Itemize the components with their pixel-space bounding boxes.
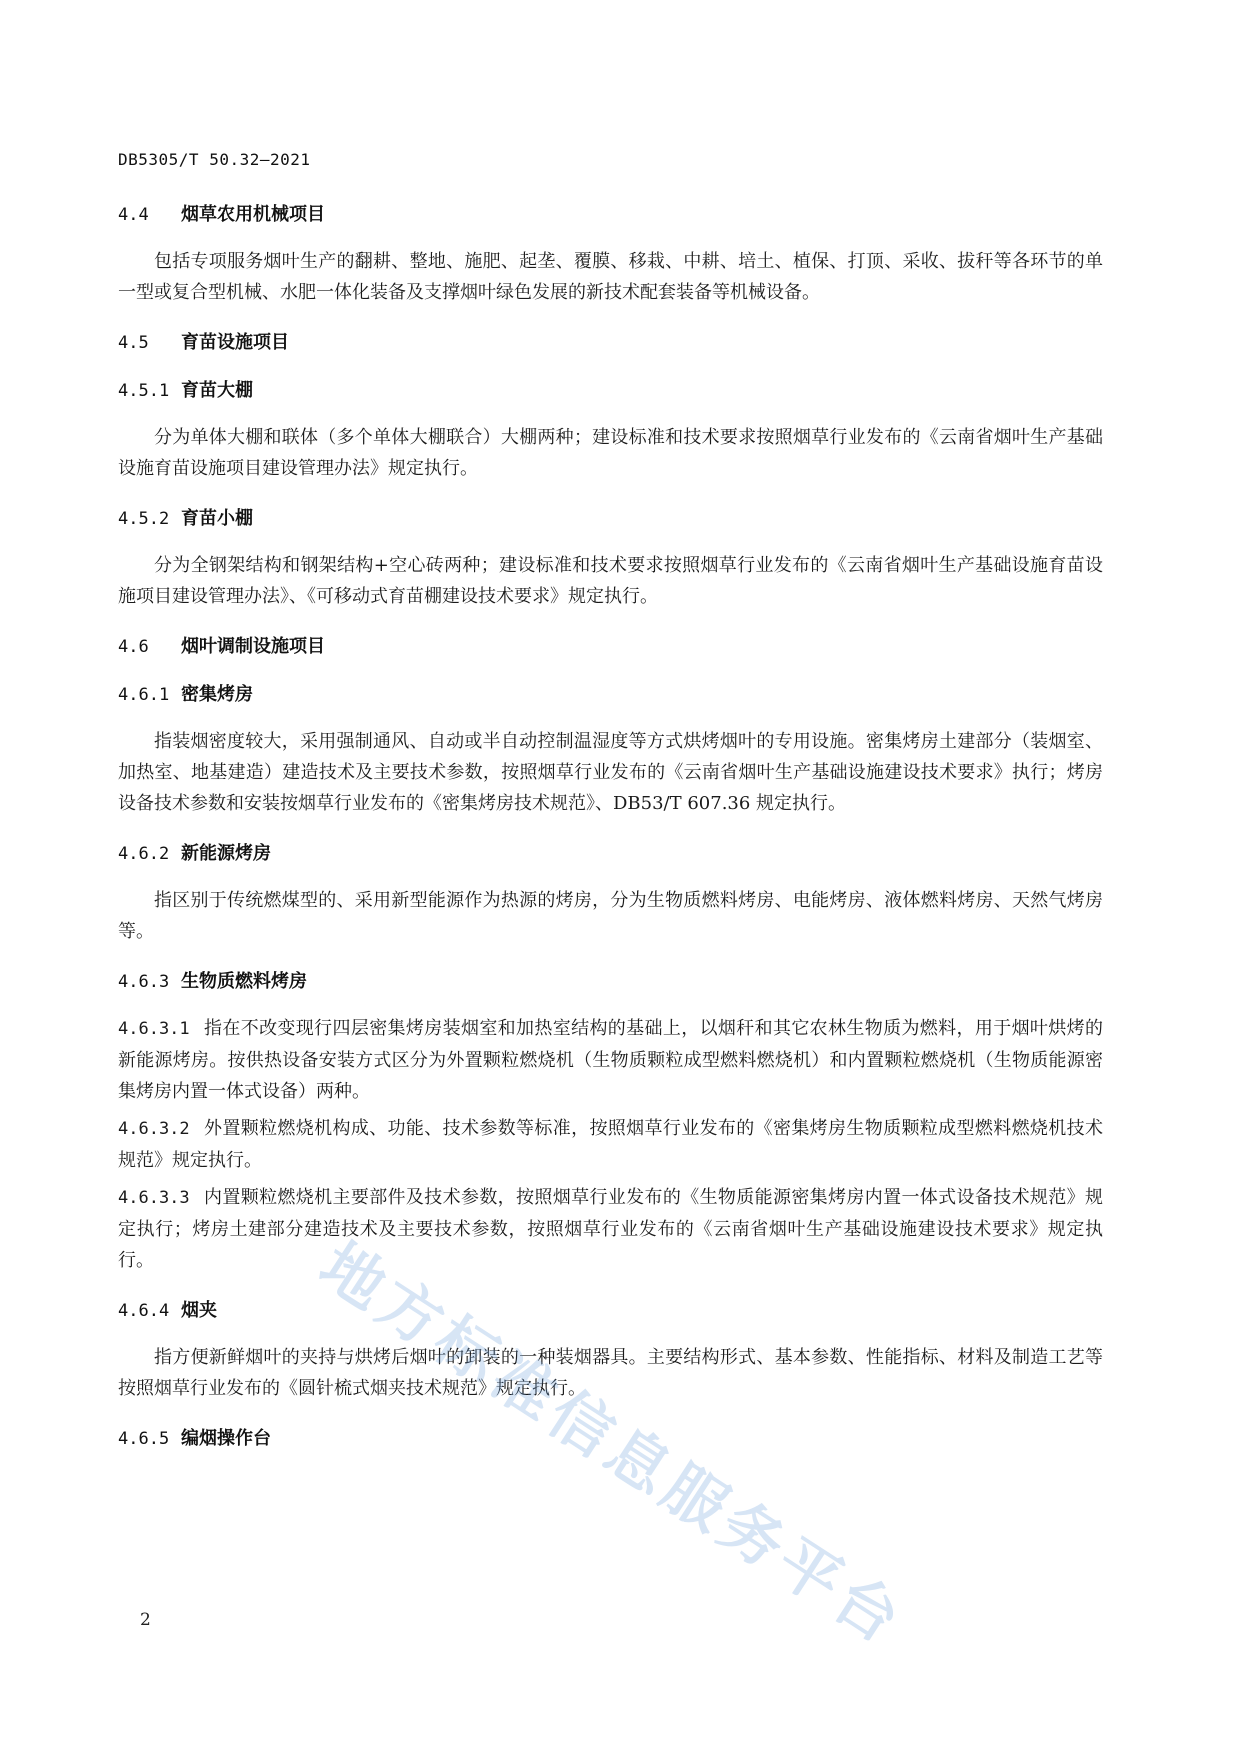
heading-number: 4.6.3 [118, 969, 173, 995]
heading-number: 4.6.1 [118, 682, 173, 708]
heading-4-5: 4.5育苗设施项目 [118, 330, 1103, 356]
heading-title: 育苗设施项目 [181, 332, 289, 353]
clause-4-6-3-2: 4.6.3.2外置颗粒燃烧机构成、功能、技术参数等标准，按照烟草行业发布的《密集… [118, 1113, 1103, 1176]
heading-number: 4.4 [118, 202, 173, 228]
page-number: 2 [140, 1610, 151, 1630]
heading-4-5-2: 4.5.2育苗小棚 [118, 506, 1103, 532]
document-code-header: DB5305/T 50.32—2021 [118, 150, 311, 169]
heading-number: 4.6.4 [118, 1298, 173, 1324]
clause-4-6-3-1: 4.6.3.1指在不改变现行四层密集烤房装烟室和加热室结构的基础上，以烟秆和其它… [118, 1013, 1103, 1107]
heading-number: 4.5.1 [118, 378, 173, 404]
paragraph-4-6-4: 指方便新鲜烟叶的夹持与烘烤后烟叶的卸装的一种装烟器具。主要结构形式、基本参数、性… [118, 1342, 1103, 1404]
heading-number: 4.6.2 [118, 841, 173, 867]
document-body: 4.4烟草农用机械项目 包括专项服务烟叶生产的翻耕、整地、施肥、起垄、覆膜、移栽… [118, 202, 1103, 1452]
heading-number: 4.6.5 [118, 1426, 173, 1452]
heading-title: 烟叶调制设施项目 [181, 636, 325, 657]
clause-text: 指在不改变现行四层密集烤房装烟室和加热室结构的基础上，以烟秆和其它农林生物质为燃… [118, 1018, 1103, 1102]
heading-4-6: 4.6烟叶调制设施项目 [118, 634, 1103, 660]
paragraph-4-5-1: 分为单体大棚和联体（多个单体大棚联合）大棚两种；建设标准和技术要求按照烟草行业发… [118, 422, 1103, 484]
clause-number: 4.6.3.2 [118, 1119, 190, 1139]
heading-4-4: 4.4烟草农用机械项目 [118, 202, 1103, 228]
heading-number: 4.6 [118, 634, 173, 660]
paragraph-4-6-1: 指装烟密度较大，采用强制通风、自动或半自动控制温湿度等方式烘烤烟叶的专用设施。密… [118, 726, 1103, 819]
paragraph-4-4: 包括专项服务烟叶生产的翻耕、整地、施肥、起垄、覆膜、移栽、中耕、培土、植保、打顶… [118, 246, 1103, 308]
heading-title: 新能源烤房 [181, 843, 271, 864]
heading-4-6-3: 4.6.3生物质燃料烤房 [118, 969, 1103, 995]
clause-4-6-3-3: 4.6.3.3内置颗粒燃烧机主要部件及技术参数，按照烟草行业发布的《生物质能源密… [118, 1182, 1103, 1276]
paragraph-4-6-2: 指区别于传统燃煤型的、采用新型能源作为热源的烤房，分为生物质燃料烤房、电能烤房、… [118, 885, 1103, 947]
heading-4-6-2: 4.6.2新能源烤房 [118, 841, 1103, 867]
clause-number: 4.6.3.3 [118, 1188, 190, 1208]
heading-title: 烟草农用机械项目 [181, 204, 325, 225]
clause-text: 内置颗粒燃烧机主要部件及技术参数，按照烟草行业发布的《生物质能源密集烤房内置一体… [118, 1187, 1103, 1271]
clause-text: 外置颗粒燃烧机构成、功能、技术参数等标准，按照烟草行业发布的《密集烤房生物质颗粒… [118, 1118, 1103, 1171]
paragraph-4-5-2: 分为全钢架结构和钢架结构+空心砖两种；建设标准和技术要求按照烟草行业发布的《云南… [118, 550, 1103, 612]
heading-4-6-5: 4.6.5编烟操作台 [118, 1426, 1103, 1452]
heading-title: 密集烤房 [181, 684, 253, 705]
heading-title: 育苗小棚 [181, 508, 253, 529]
clause-number: 4.6.3.1 [118, 1019, 190, 1039]
heading-title: 育苗大棚 [181, 380, 253, 401]
heading-4-6-1: 4.6.1密集烤房 [118, 682, 1103, 708]
heading-title: 生物质燃料烤房 [181, 971, 307, 992]
heading-title: 编烟操作台 [181, 1428, 271, 1449]
heading-number: 4.5 [118, 330, 173, 356]
heading-number: 4.5.2 [118, 506, 173, 532]
heading-title: 烟夹 [181, 1300, 217, 1321]
document-page: DB5305/T 50.32—2021 4.4烟草农用机械项目 包括专项服务烟叶… [0, 0, 1241, 1754]
heading-4-5-1: 4.5.1育苗大棚 [118, 378, 1103, 404]
heading-4-6-4: 4.6.4烟夹 [118, 1298, 1103, 1324]
